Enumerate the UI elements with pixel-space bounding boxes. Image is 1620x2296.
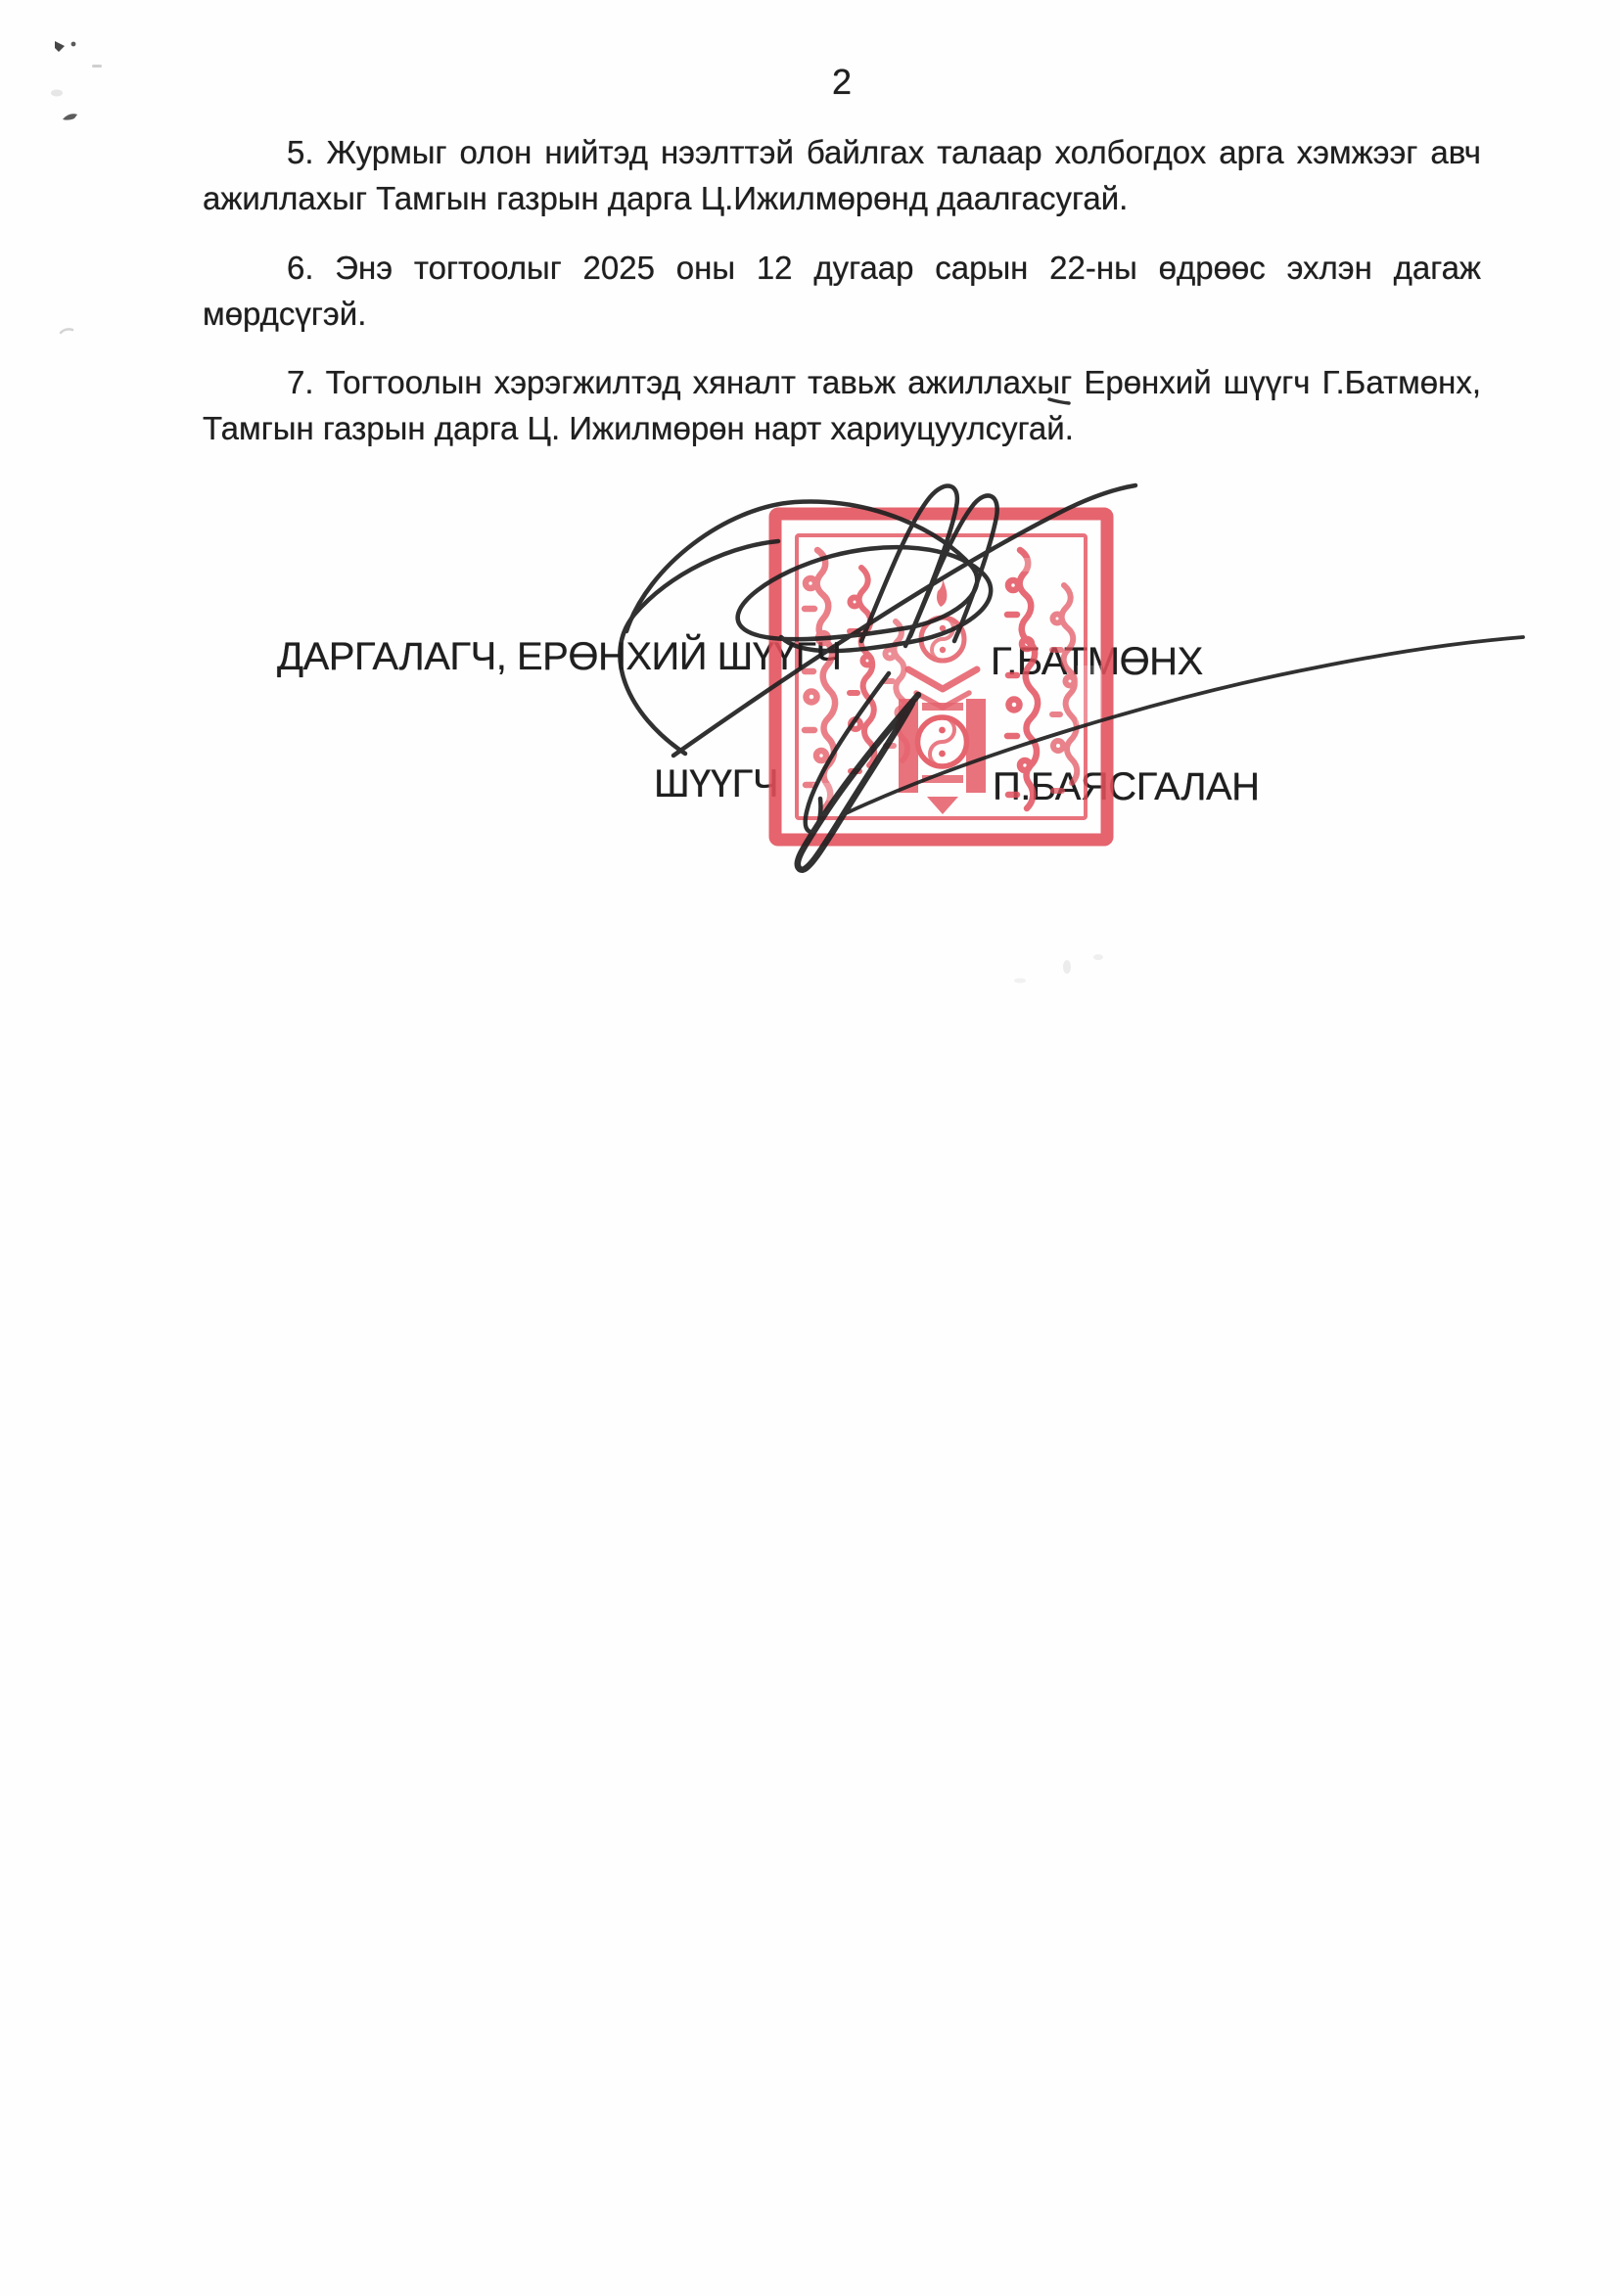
paragraph-line: 5. Журмыг олон нийтэд нээлттэй байлгах т…	[203, 129, 1481, 175]
page-number: 2	[203, 62, 1481, 103]
document-page: 2 5. Журмыг олон нийтэд нээлттэй байлгах…	[0, 0, 1620, 2296]
paragraph-line: 6. Энэ тогтоолыг 2025 оны 12 дугаар сары…	[203, 245, 1481, 291]
paragraph-5: 5. Журмыг олон нийтэд нээлттэй байлгах т…	[203, 129, 1481, 221]
paragraph-line: ажиллахыг Тамгын газрын дарга Ц.Ижилмөрө…	[203, 175, 1481, 221]
scan-artifact-icon	[0, 0, 255, 391]
scan-speck-icon	[979, 920, 1175, 1018]
signature-ink-icon	[529, 372, 1566, 998]
paragraph-6: 6. Энэ тогтоолыг 2025 оны 12 дугаар сары…	[203, 245, 1481, 337]
chairman-signature-stroke	[620, 541, 778, 754]
paragraph-line: мөрдсүгэй.	[203, 291, 1481, 337]
